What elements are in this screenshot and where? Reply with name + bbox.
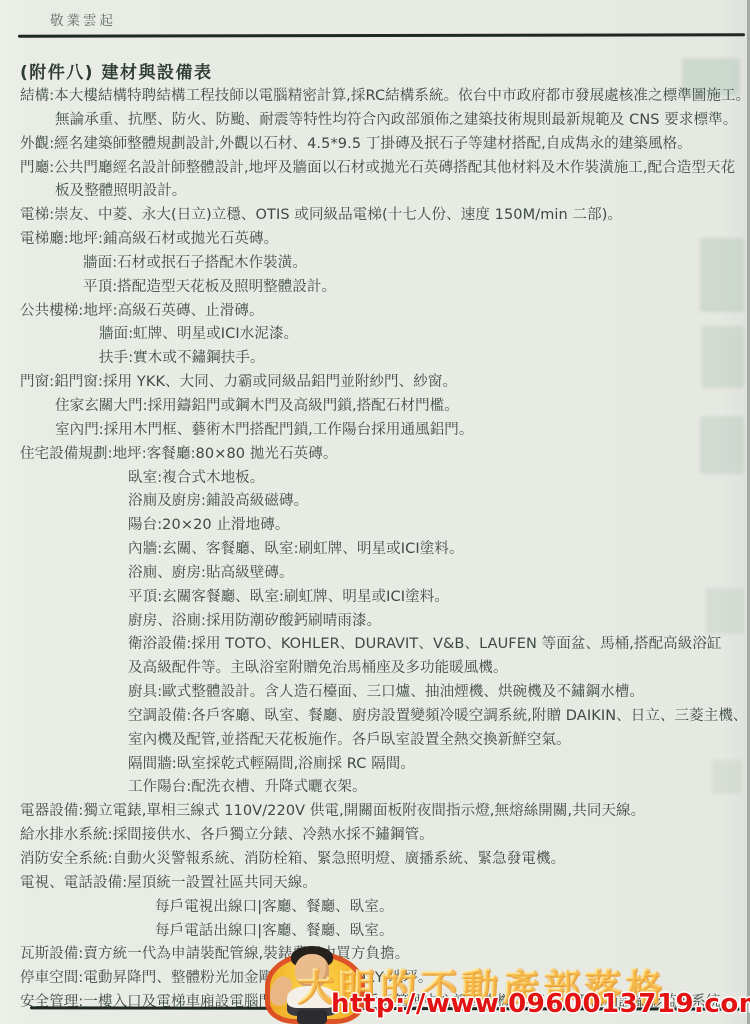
spec-line-7: 電梯廳:地坪:鋪高級石材或拋光石英磚。 xyxy=(20,228,746,252)
spec-line-24: 衛浴設備:採用 TOTO、KOHLER、DURAVIT、V&B、LAUFEN 等… xyxy=(20,633,746,657)
spec-line-28: 室內機及配管,並搭配天花板施作。各戶臥室設置全熱交換新鮮空氣。 xyxy=(20,729,746,753)
spec-line-34: 電視、電話設備:屋頂統一設置社區共同天線。 xyxy=(20,872,746,896)
spec-line-9: 平頂:搭配造型天花板及照明整體設計。 xyxy=(20,276,746,300)
spec-line-16: 住宅設備規劃:地坪:客餐廳:80×80 拋光石英磚。 xyxy=(20,443,746,467)
spec-line-8: 牆面:石材或抿石子搭配木作裝潢。 xyxy=(20,252,746,276)
spec-line-31: 電器設備:獨立電錶,單相三線式 110V/220V 供電,開關面板附夜間指示燈,… xyxy=(20,800,746,824)
spec-line-33: 消防安全系統:自動火災警報系統、消防栓箱、緊急照明燈、廣播系統、緊急發電機。 xyxy=(20,848,746,872)
spec-line-6: 電梯:崇友、中菱、永大(日立)立穩、OTIS 或同級品電梯(十七人份、速度 15… xyxy=(20,204,746,228)
spec-line-4: 門廳:公共門廳經名設計師整體設計,地坪及牆面以石材或拋光石英磚搭配其他材料及木作… xyxy=(20,157,746,181)
spec-line-1: 結構:本大樓結構特聘結構工程技師以電腦精密計算,採RC結構系統。依台中市政府都市… xyxy=(20,85,746,109)
spec-line-19: 陽台:20×20 止滑地磚。 xyxy=(20,514,746,538)
spec-line-20: 內牆:玄關、客餐廳、臥室:刷虹牌、明星或ICI塗料。 xyxy=(20,538,746,562)
project-brand-name: 敬業雲起 xyxy=(50,9,116,29)
spec-line-30: 工作陽台:配洗衣槽、升降式曬衣架。 xyxy=(20,776,746,800)
spec-line-2: 無論承重、抗壓、防火、防颱、耐震等特性均符合內政部頒佈之建築技術規則最新規範及 … xyxy=(20,109,746,133)
spec-line-26: 廚具:歐式整體設計。含人造石檯面、三口爐、抽油煙機、烘碗機及不鏽鋼水槽。 xyxy=(20,681,746,705)
spec-line-5: 板及整體照明設計。 xyxy=(20,180,746,204)
spec-line-18: 浴廁及廚房:鋪設高級磁磚。 xyxy=(20,490,746,514)
spec-line-21: 浴廁、廚房:貼高級壁磚。 xyxy=(20,562,746,586)
spec-line-15: 室內門:採用木門框、藝術木門搭配門鎖,工作陽台採用通風鋁門。 xyxy=(20,419,746,443)
spec-line-17: 臥室:複合式木地板。 xyxy=(20,467,746,491)
spec-line-11: 牆面:虹牌、明星或ICI水泥漆。 xyxy=(20,323,746,347)
spec-line-36: 每戶電話出線口|客廳、餐廳、臥室。 xyxy=(20,920,746,944)
watermark-portrait-legs xyxy=(297,1010,327,1024)
spec-lines: 結構:本大樓結構特聘結構工程技師以電腦精密計算,採RC結構系統。依台中市政府都市… xyxy=(20,85,746,1015)
spec-line-12: 扶手:實木或不鏽鋼扶手。 xyxy=(20,347,746,371)
spec-line-23: 廚房、浴廁:採用防潮矽酸鈣刷晴雨漆。 xyxy=(20,610,746,634)
spec-line-3: 外觀:經名建築師整體規劃設計,外觀以石材、4.5*9.5 丁掛磚及抿石子等建材搭… xyxy=(20,133,746,157)
watermark-blog-url: http://www.0960013719.com xyxy=(331,989,750,1019)
spec-line-25: 及高級配件等。主臥浴室附贈免治馬桶座及多功能暖風機。 xyxy=(20,657,746,681)
spec-line-29: 隔間牆:臥室採乾式輕隔間,浴廁採 RC 隔間。 xyxy=(20,753,746,777)
spec-line-32: 給水排水系統:採間接供水、各戶獨立分錶、冷熱水採不鏽鋼管。 xyxy=(20,824,746,848)
spec-line-35: 每戶電視出線口|客廳、餐廳、臥室。 xyxy=(20,896,746,920)
page-title: (附件八) 建材與設備表 xyxy=(20,58,212,83)
spec-line-27: 空調設備:各戶客廳、臥室、餐廳、廚房設置變頻冷暖空調系統,附贈 DAIKIN、日… xyxy=(20,705,746,729)
spec-line-13: 門窗:鋁門窗:採用 YKK、大同、力霸或同級品鋁門並附紗門、紗窗。 xyxy=(20,371,746,395)
spec-line-14: 住家玄關大門:採用鑄鋁門或鋼木門及高級門鎖,搭配石材門檻。 xyxy=(20,395,746,419)
spec-line-22: 平頂:玄關客餐廳、臥室:刷虹牌、明星或ICI塗料。 xyxy=(20,586,746,610)
spec-line-10: 公共樓梯:地坪:高級石英磚、止滑磚。 xyxy=(20,300,746,324)
